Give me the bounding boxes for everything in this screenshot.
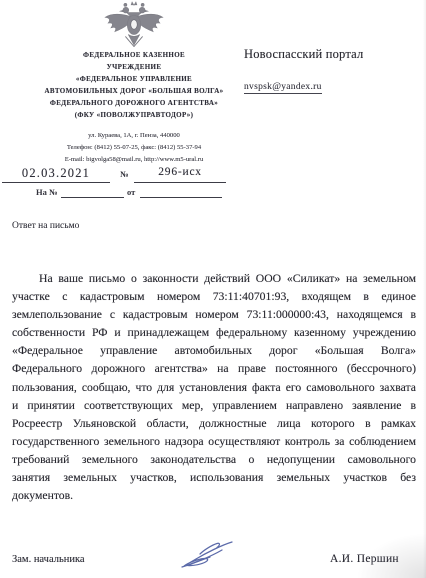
signer-name: А.И. Першин — [330, 553, 399, 565]
addressee-name: Новоспасский портал — [244, 47, 414, 62]
org-name-line: ФЕДЕРАЛЬНОГО ДОРОЖНОГО АГЕНТСТВА» — [18, 97, 250, 109]
coat-of-arms-icon — [100, 1, 168, 47]
contact-block: ул. Кураева, 1А, г. Пенза, 440000 Телефо… — [18, 130, 250, 166]
outgoing-number: 296-исх — [134, 166, 226, 183]
org-name-line: ФЕДЕРАЛЬНОЕ КАЗЕННОЕ — [18, 49, 250, 61]
handwritten-signature-icon — [176, 533, 240, 571]
addressee-block: Новоспасский портал nvspsk@yandex.ru — [244, 47, 414, 94]
reply-to-number-label: На № — [36, 187, 58, 197]
reply-from-label: от — [127, 187, 135, 197]
org-name-line: (ФКУ «ПОВОЛЖУПРАВТОДОР») — [18, 109, 250, 121]
reply-date-blank-underline — [140, 185, 222, 198]
phone-fax: Телефон: (8412) 55-07-25, факс: (8412) 5… — [18, 142, 250, 154]
letter-body: На ваше письмо о законности действий ООО… — [12, 270, 416, 505]
signer-position: Зам. начальника — [12, 554, 85, 565]
reply-number-blank-underline — [61, 185, 124, 198]
letterhead-block: ФЕДЕРАЛЬНОЕ КАЗЕННОЕ УЧРЕЖДЕНИЕ «ФЕДЕРАЛ… — [18, 0, 250, 166]
org-name-line: УЧРЕЖДЕНИЕ — [18, 61, 250, 73]
number-sign-label: № — [120, 169, 129, 179]
outgoing-date: 02.03.2021 — [2, 166, 110, 183]
org-name-line: АВТОМОБИЛЬНЫХ ДОРОГ «БОЛЬШАЯ ВОЛГА» — [18, 85, 250, 97]
org-name-line: «ФЕДЕРАЛЬНОЕ УПРАВЛЕНИЕ — [18, 73, 250, 85]
postal-address: ул. Кураева, 1А, г. Пенза, 440000 — [18, 130, 250, 142]
email-website: E-mail: bigvolga58@mail.ru, http://www.m… — [18, 154, 250, 166]
scanned-letter-page: ФЕДЕРАЛЬНОЕ КАЗЕННОЕ УЧРЕЖДЕНИЕ «ФЕДЕРАЛ… — [0, 0, 426, 578]
subject-line: Ответ на письмо — [12, 221, 79, 231]
addressee-email: nvspsk@yandex.ru — [244, 82, 322, 94]
